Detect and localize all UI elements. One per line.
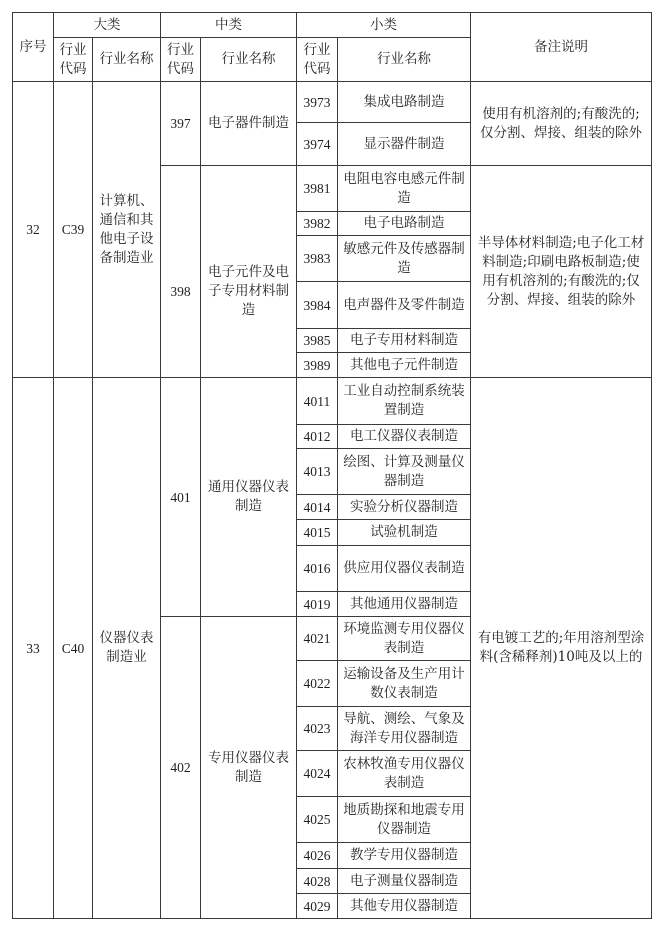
minor-name-cell: 实验分析仪器制造 bbox=[338, 495, 471, 520]
minor-code-cell: 4025 bbox=[297, 797, 338, 843]
header-seq: 序号 bbox=[13, 13, 54, 82]
medium-name-cell: 通用仪器仪表制造 bbox=[201, 378, 297, 617]
minor-name-cell: 其他通用仪器制造 bbox=[338, 592, 471, 617]
medium-code-cell: 402 bbox=[161, 617, 201, 919]
minor-name-cell: 电声器件及零件制造 bbox=[338, 282, 471, 329]
medium-name-cell: 电子元件及电子专用材料制造 bbox=[201, 166, 297, 378]
minor-name-cell: 绘图、计算及测量仪器制造 bbox=[338, 449, 471, 495]
header-major-code: 行业代码 bbox=[54, 38, 93, 82]
minor-code-cell: 4021 bbox=[297, 617, 338, 661]
minor-code-cell: 4022 bbox=[297, 661, 338, 707]
minor-code-cell: 4026 bbox=[297, 843, 338, 869]
minor-code-cell: 4014 bbox=[297, 495, 338, 520]
minor-code-cell: 4015 bbox=[297, 520, 338, 546]
minor-code-cell: 4016 bbox=[297, 546, 338, 592]
industry-classification-table: 序号 大类 中类 小类 备注说明 行业代码 行业名称 行业代码 行业名称 行业代… bbox=[12, 12, 652, 919]
major-name-cell: 计算机、通信和其他电子设备制造业 bbox=[93, 82, 161, 378]
minor-name-cell: 其他专用仪器制造 bbox=[338, 894, 471, 919]
remark-cell: 使用有机溶剂的;有酸洗的;仅分割、焊接、组装的除外 bbox=[471, 82, 652, 166]
header-major: 大类 bbox=[54, 13, 161, 38]
minor-code-cell: 3989 bbox=[297, 353, 338, 378]
minor-code-cell: 4023 bbox=[297, 707, 338, 751]
minor-name-cell: 敏感元件及传感器制造 bbox=[338, 236, 471, 282]
minor-name-cell: 电子电路制造 bbox=[338, 212, 471, 236]
medium-code-cell: 398 bbox=[161, 166, 201, 378]
minor-name-cell: 供应用仪器仪表制造 bbox=[338, 546, 471, 592]
header-minor-code: 行业代码 bbox=[297, 38, 338, 82]
medium-code-cell: 397 bbox=[161, 82, 201, 166]
table-row: 32 C39 计算机、通信和其他电子设备制造业 397 电子器件制造 3973 … bbox=[13, 82, 652, 123]
minor-code-cell: 3981 bbox=[297, 166, 338, 212]
table-row: 33 C40 仪器仪表制造业 401 通用仪器仪表制造 4011 工业自动控制系… bbox=[13, 378, 652, 425]
minor-name-cell: 运输设备及生产用计数仪表制造 bbox=[338, 661, 471, 707]
header-medium-name: 行业名称 bbox=[201, 38, 297, 82]
minor-code-cell: 4029 bbox=[297, 894, 338, 919]
header-medium-code: 行业代码 bbox=[161, 38, 201, 82]
minor-name-cell: 农林牧渔专用仪器仪表制造 bbox=[338, 751, 471, 797]
header-remarks: 备注说明 bbox=[471, 13, 652, 82]
minor-code-cell: 4011 bbox=[297, 378, 338, 425]
minor-name-cell: 电子测量仪器制造 bbox=[338, 869, 471, 894]
minor-name-cell: 导航、测绘、气象及海洋专用仪器制造 bbox=[338, 707, 471, 751]
header-minor-name: 行业名称 bbox=[338, 38, 471, 82]
minor-code-cell: 4013 bbox=[297, 449, 338, 495]
minor-name-cell: 地质勘探和地震专用仪器制造 bbox=[338, 797, 471, 843]
major-code-cell: C40 bbox=[54, 378, 93, 919]
minor-code-cell: 3983 bbox=[297, 236, 338, 282]
minor-code-cell: 3973 bbox=[297, 82, 338, 123]
medium-name-cell: 电子器件制造 bbox=[201, 82, 297, 166]
medium-name-cell: 专用仪器仪表制造 bbox=[201, 617, 297, 919]
header-major-name: 行业名称 bbox=[93, 38, 161, 82]
seq-cell: 33 bbox=[13, 378, 54, 919]
minor-name-cell: 电子专用材料制造 bbox=[338, 329, 471, 353]
minor-name-cell: 试验机制造 bbox=[338, 520, 471, 546]
remark-cell: 有电镀工艺的;年用溶剂型涂料(含稀释剂)10吨及以上的 bbox=[471, 378, 652, 919]
seq-cell: 32 bbox=[13, 82, 54, 378]
minor-name-cell: 环境监测专用仪器仪表制造 bbox=[338, 617, 471, 661]
header-medium: 中类 bbox=[161, 13, 297, 38]
minor-code-cell: 4019 bbox=[297, 592, 338, 617]
minor-name-cell: 电工仪器仪表制造 bbox=[338, 425, 471, 449]
minor-code-cell: 4024 bbox=[297, 751, 338, 797]
minor-name-cell: 教学专用仪器制造 bbox=[338, 843, 471, 869]
minor-code-cell: 4028 bbox=[297, 869, 338, 894]
minor-name-cell: 其他电子元件制造 bbox=[338, 353, 471, 378]
header-minor: 小类 bbox=[297, 13, 471, 38]
minor-code-cell: 3982 bbox=[297, 212, 338, 236]
major-code-cell: C39 bbox=[54, 82, 93, 378]
minor-name-cell: 显示器件制造 bbox=[338, 123, 471, 166]
minor-code-cell: 3974 bbox=[297, 123, 338, 166]
minor-code-cell: 3984 bbox=[297, 282, 338, 329]
minor-name-cell: 电阻电容电感元件制造 bbox=[338, 166, 471, 212]
minor-code-cell: 4012 bbox=[297, 425, 338, 449]
minor-name-cell: 集成电路制造 bbox=[338, 82, 471, 123]
minor-code-cell: 3985 bbox=[297, 329, 338, 353]
remark-cell: 半导体材料制造;电子化工材料制造;印刷电路板制造;使用有机溶剂的;有酸洗的;仅分… bbox=[471, 166, 652, 378]
major-name-cell: 仪器仪表制造业 bbox=[93, 378, 161, 919]
minor-name-cell: 工业自动控制系统装置制造 bbox=[338, 378, 471, 425]
medium-code-cell: 401 bbox=[161, 378, 201, 617]
